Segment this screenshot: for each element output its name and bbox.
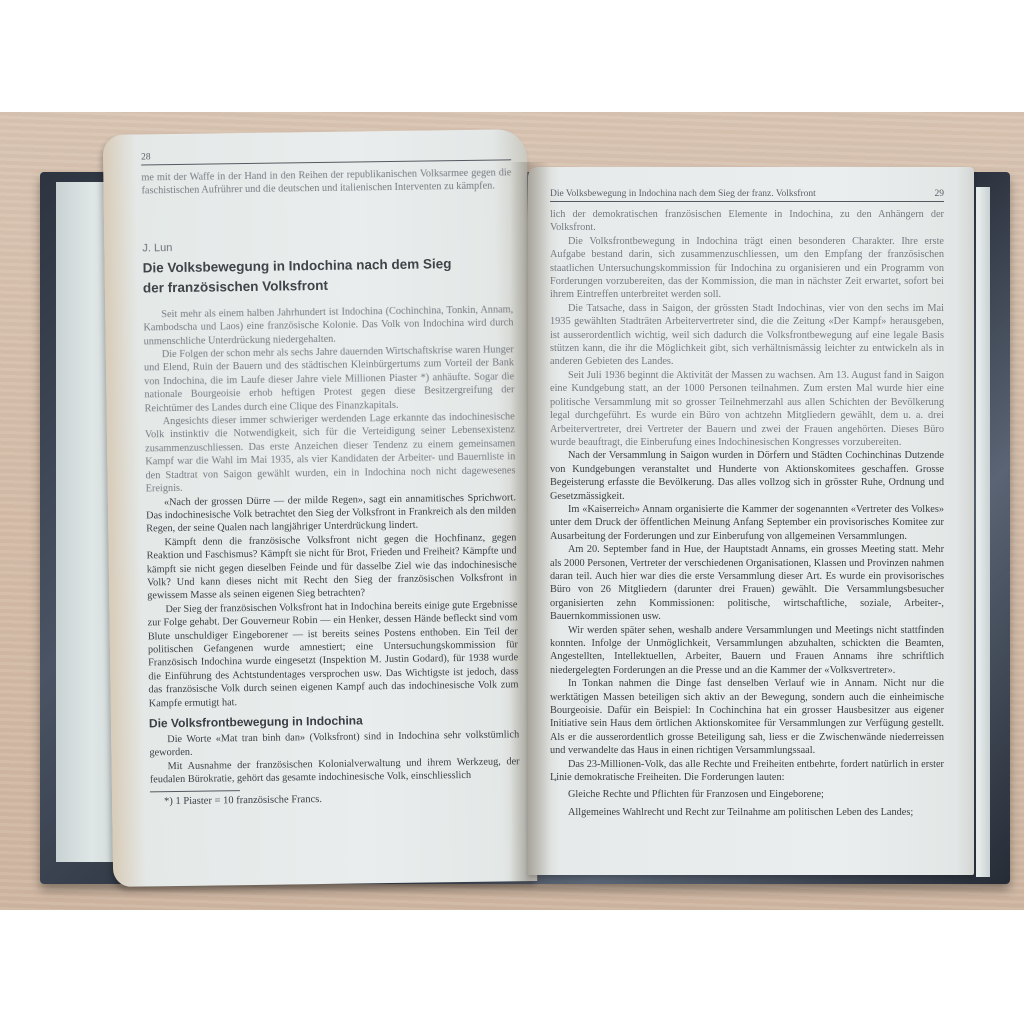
paragraph: Wir werden später sehen, weshalb andere …: [550, 624, 944, 678]
paragraph: lich der demokratischen französischen El…: [550, 208, 944, 235]
paragraph: Die Tatsache, dass in Saigon, der grösst…: [550, 302, 944, 369]
right-running-head-title: Die Volksbewegung in Indochina nach dem …: [550, 189, 816, 199]
demand-item: Gleiche Rechte und Pflichten für Franzos…: [550, 788, 944, 801]
article-author: J. Lun: [142, 237, 512, 254]
paragraph: Angesichts dieser immer schwieriger werd…: [145, 410, 516, 496]
paragraph: Der Sieg der französischen Volksfront ha…: [147, 598, 518, 710]
left-page: 28 me mit der Waffe in der Hand in den R…: [103, 129, 537, 887]
left-page-number: 28: [141, 152, 151, 162]
article-title: Die Volksbewegung in Indochina nach dem …: [142, 253, 513, 298]
paragraph: Die Volksfrontbewegung in Indochina träg…: [550, 235, 944, 302]
paragraph: Die Folgen der schon mehr als sechs Jahr…: [144, 343, 515, 415]
footnote-rule: [150, 790, 240, 792]
paragraph: Das 23-Millionen-Volk, das alle Rechte u…: [550, 758, 944, 785]
carryover-text: me mit der Waffe in der Hand in den Reih…: [141, 166, 511, 198]
paragraph: Im «Kaiserreich» Annam organisierte die …: [550, 503, 944, 543]
demand-item: Allgemeines Wahlrecht und Recht zur Teil…: [550, 806, 944, 819]
article-title-line-2: der französischen Volksfront: [143, 273, 513, 298]
section-subheading: Die Volksfrontbewegung in Indochina: [149, 711, 519, 730]
paragraph: Mit Ausnahme der französischen Kolonialv…: [150, 755, 520, 787]
paragraph: Seit Juli 1936 beginnt die Aktivität der…: [550, 369, 944, 449]
right-page: Die Volksbewegung in Indochina nach dem …: [528, 167, 974, 875]
stray-mark: •: [554, 776, 557, 785]
paragraph: Am 20. September fand in Hue, der Haupts…: [550, 543, 944, 623]
page-edges-right: [976, 187, 990, 877]
book-photograph: 28 me mit der Waffe in der Hand in den R…: [0, 112, 1024, 910]
paragraph: In Tonkan nahmen die Dinge fast denselbe…: [550, 677, 944, 757]
right-running-head: Die Volksbewegung in Indochina nach dem …: [550, 189, 944, 202]
left-running-head: 28: [141, 147, 511, 165]
paragraph: Kämpft denn die französische Volksfront …: [146, 531, 517, 603]
paragraph: Seit mehr als einem halben Jahrhundert i…: [143, 303, 514, 348]
right-page-number: 29: [935, 189, 945, 199]
paragraph: Nach der Versammlung in Saigon wurden in…: [550, 449, 944, 503]
paragraph: «Nach der grossen Dürre — der milde Rege…: [146, 491, 517, 536]
footnote: *) 1 Piaster = 10 französische Francs.: [150, 790, 520, 809]
